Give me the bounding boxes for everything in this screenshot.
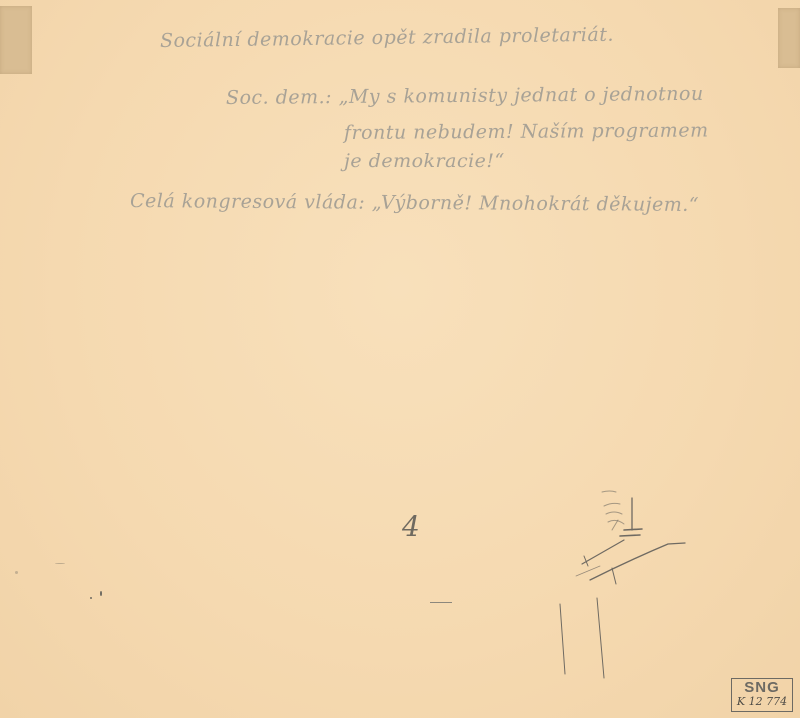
paper-speck bbox=[90, 597, 92, 599]
paper-speck bbox=[15, 571, 18, 574]
handwritten-line-3: frontu nebudem! Naším programem bbox=[344, 119, 709, 144]
stamp-inventory-number: K 12 774 bbox=[732, 696, 792, 708]
paper-speck bbox=[55, 563, 65, 564]
pencil-dash-mark bbox=[430, 602, 452, 603]
stamp-institution: SNG bbox=[732, 680, 792, 696]
handwritten-line-2: Soc. dem.: „My s komunisty jednat o jedn… bbox=[226, 83, 704, 109]
handwritten-line-4: je demokracie!“ bbox=[344, 150, 505, 172]
tape-strip-left bbox=[0, 6, 32, 74]
pencil-sketch-figure bbox=[540, 480, 700, 680]
page-number-mark: 4 bbox=[402, 510, 420, 543]
handwritten-line-5: Celá kongresová vláda: „Výborně! Mnohokr… bbox=[130, 190, 699, 216]
tape-strip-right bbox=[778, 8, 800, 68]
document-sheet: Sociální demokracie opět zradila proleta… bbox=[0, 0, 800, 718]
paper-speck bbox=[100, 591, 102, 596]
handwritten-line-1: Sociální demokracie opět zradila proleta… bbox=[160, 24, 614, 52]
collection-stamp: SNG K 12 774 bbox=[731, 678, 793, 712]
